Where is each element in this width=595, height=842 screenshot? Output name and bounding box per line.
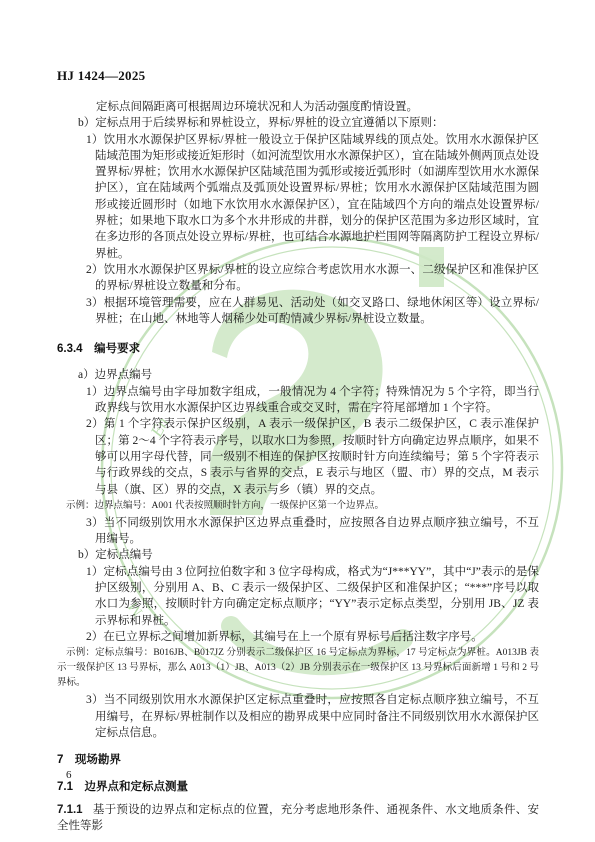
sub-a-item-1: 1）边界点编号由字母加数字组成，一般情况为 4 个字符；特殊情况为 5 个字符，… (57, 384, 539, 417)
sub-b-example: 示例：定标点编号：B016JB、B017JZ 分别表示二级保护区 16 号定标点… (57, 646, 539, 691)
section-heading-71: 7.1 边界点和定标点测量 (57, 779, 539, 795)
sub-b-item-1: 1）定标点编号由 3 位阿拉伯数字和 3 位字母构成，格式为“J***YY”，其… (57, 564, 539, 629)
list-b-item-2: 2）饮用水水源保护区界标/界桩的设立应综合考虑饮用水水源一、二级保护区和准保护区… (57, 262, 539, 295)
sub-a-item-3: 3）当不同级别饮用水水源保护区边界点重叠时，应按照各自边界点顺序独立编号，不互用… (57, 515, 539, 548)
page-number: 6 (66, 769, 72, 781)
list-b-label: b）定标点用于后续界标和界桩设立，界标/界桩的设立宜遵循以下原则： (57, 115, 539, 131)
section-heading-7: 7 现场勘界 (57, 752, 539, 768)
list-b-item-1: 1）饮用水水源保护区界标/界桩一般设立于保护区陆域界线的顶点处。饮用水水源保护区… (57, 132, 539, 262)
sub-a-label: a）边界点编号 (57, 367, 539, 383)
sub-b-item-3: 3）当不同级别饮用水水源保护区定标点重叠时，应按照各自定标点顺序独立编号，不互用… (57, 692, 539, 741)
sub-b-label: b）定标点编号 (57, 547, 539, 563)
clause-711-number: 7.1.1 (57, 804, 83, 816)
clause-711: 7.1.1基于预设的边界点和定标点的位置，充分考虑地形条件、通视条件、水文地质条… (57, 802, 539, 835)
sub-a-item-2: 2）第 1 个字符表示保护区级别，A 表示一级保护区，B 表示二级保护区，C 表… (57, 416, 539, 497)
document-page: En M HJ 1424—2025 定标点间隔距离可根据周边环境状况和人为活动强… (0, 0, 595, 842)
page-body: 定标点间隔距离可根据周边环境状况和人为活动强度酌情设置。 b）定标点用于后续界标… (57, 99, 539, 834)
paragraph-intro: 定标点间隔距离可根据周边环境状况和人为活动强度酌情设置。 (57, 99, 539, 115)
list-b-item-3: 3）根据环境管理需要，应在人群易见、活动处（如交叉路口、绿地休闲区等）设立界标/… (57, 295, 539, 328)
clause-711-text: 基于预设的边界点和定标点的位置，充分考虑地形条件、通视条件、水文地质条件、安全性… (57, 804, 539, 832)
doc-code-header: HJ 1424—2025 (57, 68, 145, 84)
sub-a-example: 示例：边界点编号：A001 代表按照顺时针方向，一级保护区第一个边界点。 (57, 499, 539, 514)
section-heading-634: 6.3.4 编号要求 (57, 341, 539, 357)
sub-b-item-2: 2）在已立界标之间增加新界标，其编号在上一个原有界标号后括注数字序号。 (57, 629, 539, 645)
doc-code: HJ 1424—2025 (57, 68, 145, 83)
